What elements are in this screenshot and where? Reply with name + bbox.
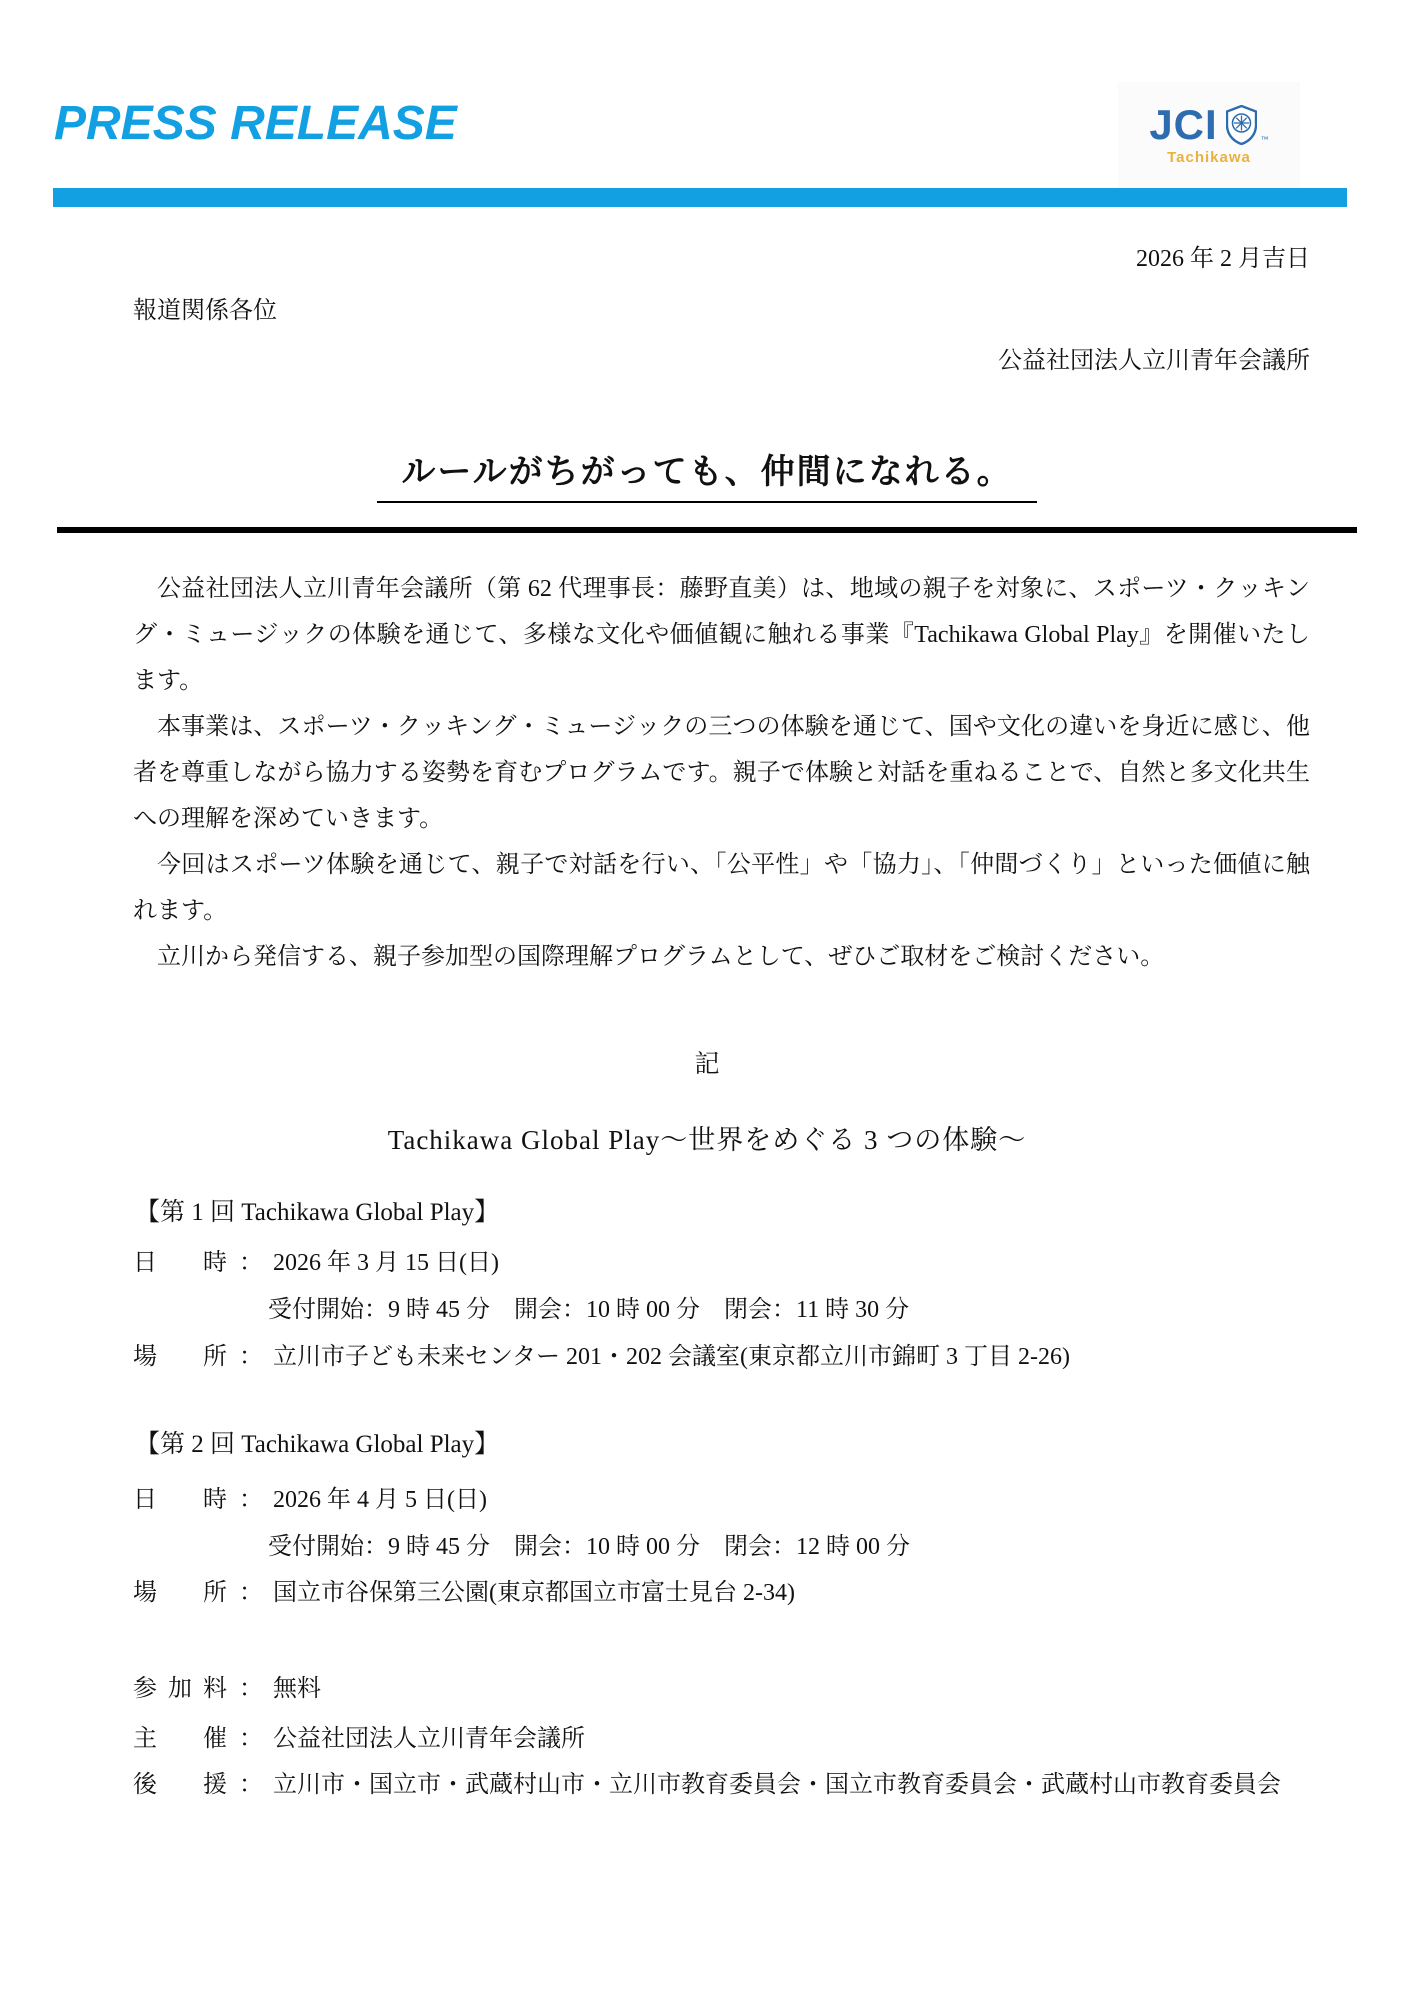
label-colon: ：	[239, 1242, 263, 1277]
body-paragraph-3: 今回はスポーツ体験を通じて、親子で対話を行い、「公平性」や「協力」、「仲間づくり…	[133, 842, 1310, 934]
fee-label: 参加料	[133, 1668, 227, 1703]
fee-value: 無料	[273, 1668, 321, 1703]
press-release-heading: PRESS RELEASE	[54, 96, 457, 151]
session1-schedule: 受付開始：9 時 45 分 開会：10 時 00 分 閉会：11 時 30 分	[268, 1289, 909, 1324]
datetime-label: 日時	[133, 1479, 227, 1514]
support-label: 後援	[133, 1764, 227, 1799]
title-wrap: ルールがちがっても、仲間になれる。	[0, 444, 1414, 503]
label-colon: ：	[239, 1668, 263, 1703]
session1-datetime-value: 2026 年 3 月 15 日(日)	[273, 1242, 499, 1277]
fee-row: 参加料 ： 無料	[133, 1668, 321, 1703]
place-label: 場所	[133, 1336, 227, 1371]
header-accent-bar	[53, 188, 1347, 207]
session2-datetime-value: 2026 年 4 月 5 日(日)	[273, 1479, 487, 1514]
session1-heading: 【第 1 回 Tachikawa Global Play】	[135, 1192, 499, 1228]
jci-trademark: ™	[1261, 135, 1269, 144]
host-row: 主催 ： 公益社団法人立川青年会議所	[133, 1718, 585, 1753]
press-release-page: PRESS RELEASE JCI ™ Tachikawa	[0, 0, 1414, 2000]
addressee: 報道関係各位	[133, 290, 277, 325]
release-date: 2026 年 2 月吉日	[100, 238, 1310, 273]
label-colon: ：	[239, 1479, 263, 1514]
label-colon: ：	[239, 1336, 263, 1371]
place-label: 場所	[133, 1572, 227, 1607]
issuing-organization: 公益社団法人立川青年会議所	[100, 340, 1310, 375]
jci-logo-text: JCI	[1149, 104, 1217, 146]
session2-schedule: 受付開始：9 時 45 分 開会：10 時 00 分 閉会：12 時 00 分	[268, 1526, 910, 1561]
body-paragraph-1: 公益社団法人立川青年会議所（第 62 代理事長：藤野直美）は、地域の親子を対象に…	[133, 566, 1310, 704]
jci-shield-icon	[1226, 105, 1257, 145]
support-row: 後援 ： 立川市・国立市・武蔵村山市・立川市教育委員会・国立市教育委員会・武蔵村…	[133, 1764, 1281, 1799]
session1-place-value: 立川市子ども未来センター 201・202 会議室(東京都立川市錦町 3 丁目 2…	[273, 1336, 1070, 1371]
body-paragraph-4: 立川から発信する、親子参加型の国際理解プログラムとして、ぜひご取材をご検討くださ…	[133, 934, 1310, 980]
session2-datetime-row: 日時 ： 2026 年 4 月 5 日(日)	[133, 1479, 487, 1514]
logo-tachikawa-text: Tachikawa	[1167, 149, 1251, 166]
host-label: 主催	[133, 1718, 227, 1753]
datetime-label: 日時	[133, 1242, 227, 1277]
session2-heading: 【第 2 回 Tachikawa Global Play】	[135, 1424, 499, 1460]
ki-marker: 記	[0, 1044, 1414, 1080]
main-title: ルールがちがっても、仲間になれる。	[377, 444, 1036, 503]
label-colon: ：	[239, 1572, 263, 1607]
support-value: 立川市・国立市・武蔵村山市・立川市教育委員会・国立市教育委員会・武蔵村山市教育委…	[273, 1764, 1281, 1799]
host-value: 公益社団法人立川青年会議所	[273, 1718, 585, 1753]
label-colon: ：	[239, 1718, 263, 1753]
label-colon: ：	[239, 1764, 263, 1799]
session2-place-value: 国立市谷保第三公園(東京都国立市富士見台 2-34)	[273, 1572, 795, 1607]
session1-datetime-row: 日時 ： 2026 年 3 月 15 日(日)	[133, 1242, 499, 1277]
body-paragraph-2: 本事業は、スポーツ・クッキング・ミュージックの三つの体験を通じて、国や文化の違い…	[133, 704, 1310, 842]
session1-place-row: 場所 ： 立川市子ども未来センター 201・202 会議室(東京都立川市錦町 3…	[133, 1336, 1070, 1371]
logo-row: JCI ™	[1149, 104, 1268, 146]
event-subtitle: Tachikawa Global Play～世界をめぐる 3 つの体験～	[0, 1118, 1414, 1157]
jci-tachikawa-logo: JCI ™ Tachikawa	[1118, 82, 1300, 188]
title-divider-rule	[57, 527, 1357, 533]
session2-place-row: 場所 ： 国立市谷保第三公園(東京都国立市富士見台 2-34)	[133, 1572, 795, 1607]
body-text: 公益社団法人立川青年会議所（第 62 代理事長：藤野直美）は、地域の親子を対象に…	[133, 566, 1310, 980]
